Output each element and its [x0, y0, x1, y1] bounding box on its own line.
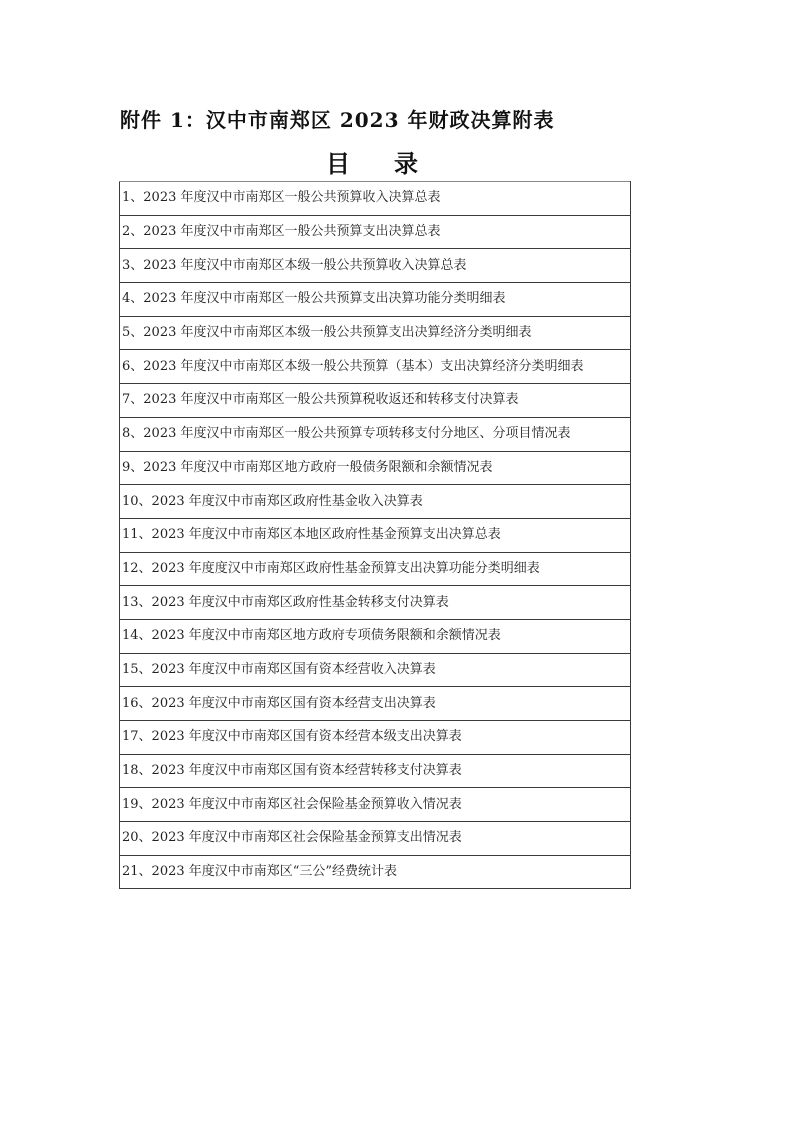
- toc-row: 14、2023 年度汉中市南郑区地方政府专项债务限额和余额情况表: [120, 619, 631, 653]
- toc-row: 11、2023 年度汉中市南郑区本地区政府性基金预算支出决算总表: [120, 518, 631, 552]
- toc-row: 15、2023 年度汉中市南郑区国有资本经营收入决算表: [120, 653, 631, 687]
- toc-item: 7、2023 年度汉中市南郑区一般公共预算税收返还和转移支付决算表: [120, 384, 631, 418]
- toc-heading-right: 录: [394, 149, 418, 178]
- toc-item: 10、2023 年度汉中市南郑区政府性基金收入决算表: [120, 485, 631, 519]
- toc-item: 13、2023 年度汉中市南郑区政府性基金转移支付决算表: [120, 586, 631, 620]
- toc-row: 21、2023 年度汉中市南郑区“三公”经费统计表: [120, 855, 631, 889]
- toc-row: 18、2023 年度汉中市南郑区国有资本经营转移支付决算表: [120, 754, 631, 788]
- toc-heading-left: 目: [326, 149, 350, 178]
- toc-row: 2、2023 年度汉中市南郑区一般公共预算支出决算总表: [120, 215, 631, 249]
- toc-row: 6、2023 年度汉中市南郑区本级一般公共预算（基本）支出决算经济分类明细表: [120, 350, 631, 384]
- toc-item: 1、2023 年度汉中市南郑区一般公共预算收入决算总表: [120, 182, 631, 216]
- toc-row: 1、2023 年度汉中市南郑区一般公共预算收入决算总表: [120, 182, 631, 216]
- toc-item: 18、2023 年度汉中市南郑区国有资本经营转移支付决算表: [120, 754, 631, 788]
- toc-item: 6、2023 年度汉中市南郑区本级一般公共预算（基本）支出决算经济分类明细表: [120, 350, 631, 384]
- toc-table: 1、2023 年度汉中市南郑区一般公共预算收入决算总表 2、2023 年度汉中市…: [119, 181, 631, 889]
- toc-row: 16、2023 年度汉中市南郑区国有资本经营支出决算表: [120, 687, 631, 721]
- toc-item: 8、2023 年度汉中市南郑区一般公共预算专项转移支付分地区、分项目情况表: [120, 417, 631, 451]
- toc-item: 4、2023 年度汉中市南郑区一般公共预算支出决算功能分类明细表: [120, 283, 631, 317]
- toc-item: 21、2023 年度汉中市南郑区“三公”经费统计表: [120, 855, 631, 889]
- toc-item: 11、2023 年度汉中市南郑区本地区政府性基金预算支出决算总表: [120, 518, 631, 552]
- toc-row: 4、2023 年度汉中市南郑区一般公共预算支出决算功能分类明细表: [120, 283, 631, 317]
- toc-row: 10、2023 年度汉中市南郑区政府性基金收入决算表: [120, 485, 631, 519]
- toc-item: 20、2023 年度汉中市南郑区社会保险基金预算支出情况表: [120, 822, 631, 856]
- toc-row: 5、2023 年度汉中市南郑区本级一般公共预算支出决算经济分类明细表: [120, 316, 631, 350]
- toc-item: 12、2023 年度度汉中市南郑区政府性基金预算支出决算功能分类明细表: [120, 552, 631, 586]
- toc-item: 5、2023 年度汉中市南郑区本级一般公共预算支出决算经济分类明细表: [120, 316, 631, 350]
- toc-row: 9、2023 年度汉中市南郑区地方政府一般债务限额和余额情况表: [120, 451, 631, 485]
- toc-item: 19、2023 年度汉中市南郑区社会保险基金预算收入情况表: [120, 788, 631, 822]
- toc-row: 7、2023 年度汉中市南郑区一般公共预算税收返还和转移支付决算表: [120, 384, 631, 418]
- toc-item: 2、2023 年度汉中市南郑区一般公共预算支出决算总表: [120, 215, 631, 249]
- toc-row: 13、2023 年度汉中市南郑区政府性基金转移支付决算表: [120, 586, 631, 620]
- toc-heading: 目录: [326, 144, 418, 179]
- toc-row: 19、2023 年度汉中市南郑区社会保险基金预算收入情况表: [120, 788, 631, 822]
- toc-item: 9、2023 年度汉中市南郑区地方政府一般债务限额和余额情况表: [120, 451, 631, 485]
- toc-item: 3、2023 年度汉中市南郑区本级一般公共预算收入决算总表: [120, 249, 631, 283]
- toc-item: 15、2023 年度汉中市南郑区国有资本经营收入决算表: [120, 653, 631, 687]
- toc-row: 3、2023 年度汉中市南郑区本级一般公共预算收入决算总表: [120, 249, 631, 283]
- toc-row: 20、2023 年度汉中市南郑区社会保险基金预算支出情况表: [120, 822, 631, 856]
- toc-item: 17、2023 年度汉中市南郑区国有资本经营本级支出决算表: [120, 721, 631, 755]
- toc-item: 14、2023 年度汉中市南郑区地方政府专项债务限额和余额情况表: [120, 619, 631, 653]
- toc-item: 16、2023 年度汉中市南郑区国有资本经营支出决算表: [120, 687, 631, 721]
- toc-row: 17、2023 年度汉中市南郑区国有资本经营本级支出决算表: [120, 721, 631, 755]
- document-title: 附件 1：汉中市南郑区 2023 年财政决算附表: [120, 104, 554, 133]
- toc-row: 12、2023 年度度汉中市南郑区政府性基金预算支出决算功能分类明细表: [120, 552, 631, 586]
- toc-row: 8、2023 年度汉中市南郑区一般公共预算专项转移支付分地区、分项目情况表: [120, 417, 631, 451]
